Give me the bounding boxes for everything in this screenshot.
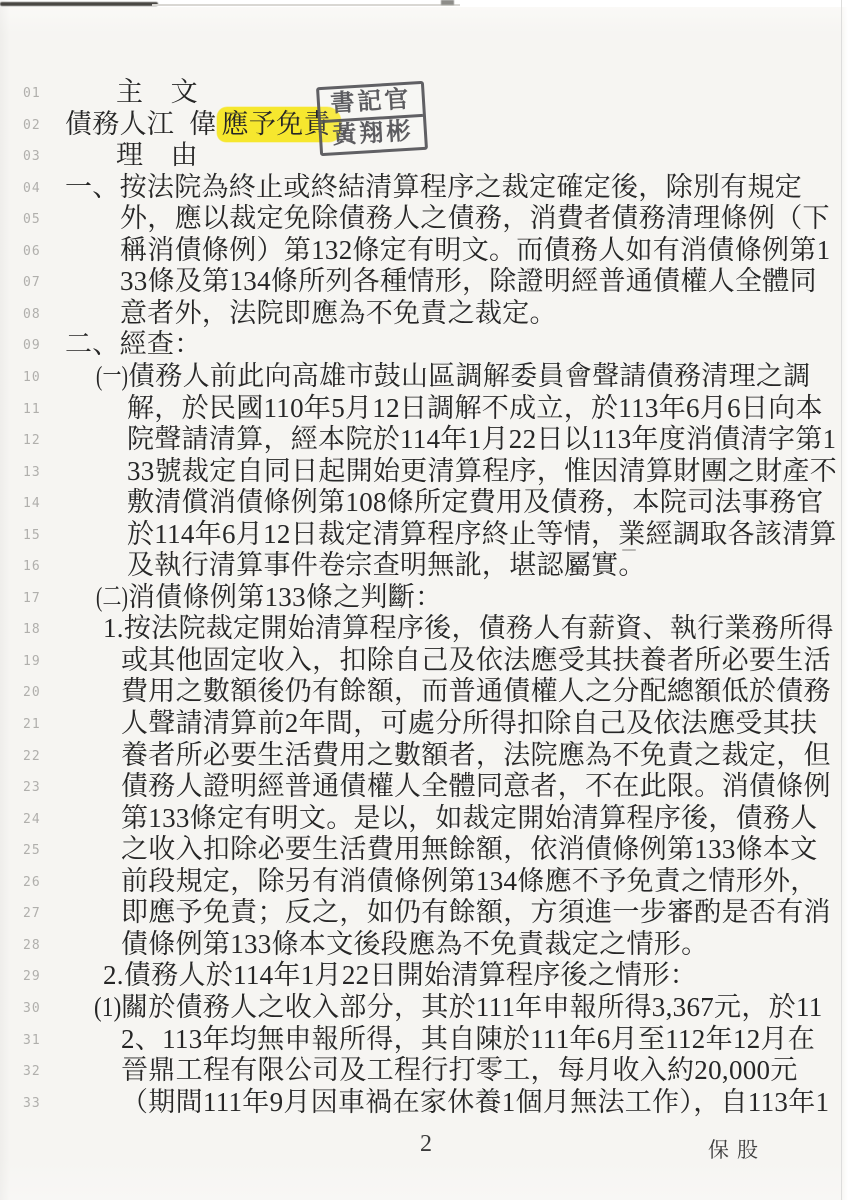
line-text: 第133條定有明文。是以，如裁定開始清算程序後，債務人 (121, 802, 818, 834)
line-number: 14 (23, 496, 41, 511)
line-text: 二、經查： (65, 328, 202, 360)
line-number: 21 (23, 717, 41, 732)
line-number: 03 (23, 149, 41, 164)
line-text: 意者外，法院即應為不免責之裁定。 (120, 297, 557, 329)
line-number: 20 (23, 685, 41, 700)
line-number: 18 (23, 622, 41, 637)
line-number: 09 (23, 338, 41, 353)
line-number: 32 (23, 1064, 41, 1079)
document-line: 1333號裁定自同日起開始更清算程序，惟因清算財團之財產不 (0, 455, 850, 487)
debtor-name-suffix: 偉 (189, 109, 216, 139)
line-number: 22 (23, 749, 41, 764)
document-line: 24第133條定有明文。是以，如裁定開始清算程序後，債務人 (0, 802, 850, 834)
document-line: 181.按法院裁定開始清算程序後，債務人有薪資、執行業務所得 (0, 612, 850, 644)
line-text: 解，於民國110年5月12日調解不成立，於113年6月6日向本 (127, 392, 823, 424)
line-number: 01 (23, 86, 41, 101)
line-body: 債務人前此向高雄市鼓山區調解委員會聲請債務清理之調 (128, 361, 811, 391)
line-text: 外，應以裁定免除債務人之債務，消費者債務清理條例（下 (120, 202, 830, 234)
line-text: 理 由 (116, 139, 198, 171)
line-number: 10 (23, 370, 41, 385)
document-line: 09二、經查： (0, 328, 850, 360)
line-text: 敷清償消債條例第108條所定費用及債務，本院司法事務官 (127, 486, 824, 518)
list-marker: (1) (94, 991, 117, 1023)
division-label: 保股 (708, 1134, 766, 1164)
list-marker: (一) (96, 360, 118, 392)
debtor-name-prefix: 債務人江 (65, 109, 174, 139)
line-number: 28 (23, 938, 41, 953)
document-line: 10(一)債務人前此向高雄市鼓山區調解委員會聲請債務清理之調 (0, 360, 850, 392)
line-number: 23 (23, 780, 41, 795)
line-number: 27 (23, 906, 41, 921)
document-line: 28債條例第133條本文後段應為不免責裁定之情形。 (0, 928, 850, 960)
line-number: 16 (23, 559, 41, 574)
line-number: 30 (23, 1001, 41, 1016)
line-text: 33號裁定自同日起開始更清算程序，惟因清算財團之財產不 (127, 455, 837, 487)
stamp-title: 書記官 (330, 87, 412, 116)
document-line: 08意者外，法院即應為不免責之裁定。 (0, 297, 850, 329)
line-number: 08 (23, 307, 41, 322)
line-body: 消債條例第133條之判斷： (128, 582, 442, 612)
line-number: 04 (23, 181, 41, 196)
document-line: 0733條及第134條所列各種情形，除證明經普通債權人全體同 (0, 265, 850, 297)
document-line: 30(1)關於債務人之收入部分，其於111年申報所得3,367元，於11 (0, 991, 850, 1023)
line-text: 之收入扣除必要生活費用無餘額，依消債條例第133條本文 (121, 833, 818, 865)
document-line: 15於114年6月12日裁定清算程序終止等情，業經調取各該清算 (0, 518, 850, 550)
page-number: 2 (420, 1131, 432, 1158)
document-line: 19或其他固定收入，扣除自己及依法應受其扶養者所必要生活 (0, 644, 850, 676)
scan-artifact-tick (441, 0, 454, 5)
stamp-name-row: 黃翔彬 (321, 116, 425, 152)
line-number: 12 (23, 433, 41, 448)
stamp-clerk-name: 黃翔彬 (332, 120, 414, 149)
line-text: 院聲請清算，經本院於114年1月22日以113年度消債清字第1 (127, 423, 836, 455)
document-line: 33（期間111年9月因車禍在家休養1個月無法工作），自113年1 (0, 1086, 850, 1118)
scan-artifact-faint-line (152, 4, 460, 6)
line-text: 晉鼎工程有限公司及工程行打零工，每月收入約20,000元 (121, 1054, 798, 1086)
scan-artifact-dark-line (0, 2, 158, 6)
line-number: 05 (23, 212, 41, 227)
line-number: 06 (23, 244, 41, 259)
document-line: 20費用之數額後仍有餘額，而普通債權人之分配總額低於債務 (0, 675, 850, 707)
line-number: 17 (23, 591, 41, 606)
line-text: 費用之數額後仍有餘額，而普通債權人之分配總額低於債務 (121, 675, 831, 707)
line-text: 33條及第134條所列各種情形，除證明經普通債權人全體同 (120, 265, 817, 297)
line-number: 15 (23, 528, 41, 543)
document-line: 05外，應以裁定免除債務人之債務，消費者債務清理條例（下 (0, 202, 850, 234)
line-text: 主 文 (116, 76, 198, 108)
line-text: 前段規定，除另有消債條例第134條應不予免責之情形外， (121, 865, 818, 897)
line-text: 即應予免責；反之，如仍有餘額，方須進一步審酌是否有消 (121, 896, 831, 928)
line-text: 養者所必要生活費用之數額者，法院應為不免責之裁定，但 (121, 739, 831, 771)
document-line: 21人聲請清算前2年間，可處分所得扣除自己及依法應受其扶 (0, 707, 850, 739)
line-number: 19 (23, 654, 41, 669)
document-line: 26前段規定，除另有消債條例第134條應不予免責之情形外， (0, 865, 850, 897)
document-line: 06稱消債條例）第132條定有明文。而債務人如有消債條例第1 (0, 234, 850, 266)
court-clerk-stamp: 書記官 黃翔彬 (316, 81, 428, 156)
list-marker: (二) (96, 581, 118, 613)
line-text: 及執行清算事件卷宗查明無訛，堪認屬實。 (127, 549, 646, 581)
line-text: 稱消債條例）第132條定有明文。而債務人如有消債條例第1 (120, 234, 830, 266)
line-body: 關於債務人之收入部分，其於111年申報所得3,367元，於11 (121, 992, 823, 1022)
line-text: 一、按法院為終止或終結清算程序之裁定確定後，除別有規定 (65, 171, 802, 203)
line-text: 或其他固定收入，扣除自己及依法應受其扶養者所必要生活 (121, 644, 831, 676)
line-number: 11 (23, 402, 41, 417)
line-number: 02 (23, 118, 41, 133)
line-text: 債條例第133條本文後段應為不免責裁定之情形。 (121, 928, 708, 960)
line-text: （期間111年9月因車禍在家休養1個月無法工作），自113年1 (121, 1086, 829, 1118)
line-number: 07 (23, 275, 41, 290)
document-line: 32晉鼎工程有限公司及工程行打零工，每月收入約20,000元 (0, 1054, 850, 1086)
line-text: 2、113年均無申報所得，其自陳於111年6月至112年12月在 (121, 1023, 815, 1055)
line-text: 1.按法院裁定開始清算程序後，債務人有薪資、執行業務所得 (103, 612, 834, 644)
line-number: 24 (23, 812, 41, 827)
document-line: 312、113年均無申報所得，其自陳於111年6月至112年12月在 (0, 1023, 850, 1055)
line-text: 人聲請清算前2年間，可處分所得扣除自己及依法應受其扶 (121, 707, 817, 739)
document-line: 14敷清償消債條例第108條所定費用及債務，本院司法事務官 (0, 486, 850, 518)
document-line: 11解，於民國110年5月12日調解不成立，於113年6月6日向本 (0, 392, 850, 424)
document-line: 23債務人證明經普通債權人全體同意者，不在此限。消債條例 (0, 770, 850, 802)
document-line: 17(二)消債條例第133條之判斷： (0, 581, 850, 613)
document-line: 25之收入扣除必要生活費用無餘額，依消債條例第133條本文 (0, 833, 850, 865)
line-number: 13 (23, 465, 41, 480)
line-text: 債務人證明經普通債權人全體同意者，不在此限。消債條例 (121, 770, 831, 802)
line-number: 33 (23, 1096, 41, 1111)
line-number: 31 (23, 1033, 41, 1048)
line-text: (1)關於債務人之收入部分，其於111年申報所得3,367元，於11 (94, 991, 823, 1023)
document-line: 22養者所必要生活費用之數額者，法院應為不免責之裁定，但 (0, 739, 850, 771)
line-text: 2.債務人於114年1月22日開始清算程序後之情形： (103, 959, 697, 991)
line-text: (二)消債條例第133條之判斷： (96, 581, 442, 613)
scanned-court-document-page: 01主 文02債務人江偉應予免責。03理 由04一、按法院為終止或終結清算程序之… (0, 0, 850, 1200)
line-text: 於114年6月12日裁定清算程序終止等情，業經調取各該清算 (127, 518, 837, 550)
line-number: 26 (23, 875, 41, 890)
line-number: 25 (23, 843, 41, 858)
line-text: (一)債務人前此向高雄市鼓山區調解委員會聲請債務清理之調 (96, 360, 811, 392)
document-line: 04一、按法院為終止或終結清算程序之裁定確定後，除別有規定 (0, 171, 850, 203)
document-line: 27即應予免責；反之，如仍有餘額，方須進一步審酌是否有消 (0, 896, 850, 928)
document-line: 16及執行清算事件卷宗查明無訛，堪認屬實。 (0, 549, 850, 581)
document-line: 12院聲請清算，經本院於114年1月22日以113年度消債清字第1 (0, 423, 850, 455)
line-number: 29 (23, 969, 41, 984)
document-line: 292.債務人於114年1月22日開始清算程序後之情形： (0, 959, 850, 991)
